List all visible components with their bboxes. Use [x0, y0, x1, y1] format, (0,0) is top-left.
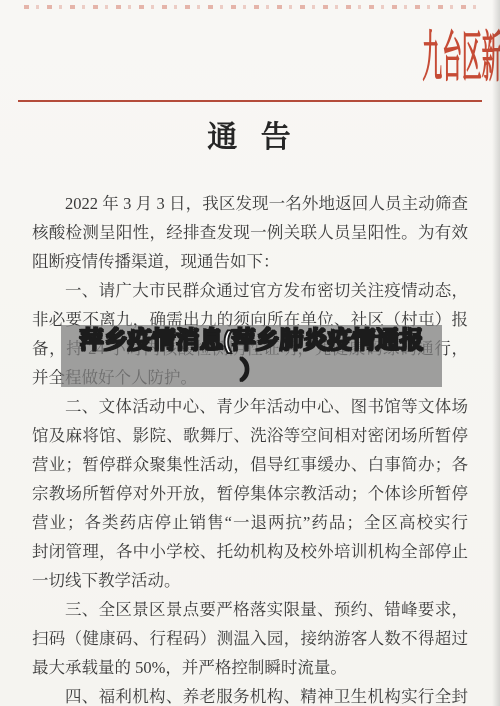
body-line: 三、全区景区景点要严格落实限量、预约、错峰要求，	[32, 595, 468, 624]
document-body: 2022 年 3 月 3 日，我区发现一名外地返回人员主动筛查核酸检测呈阳性，经…	[32, 189, 468, 706]
body-line: 扫码（健康码、行程码）测温入园，接纳游客人数不得超过	[32, 624, 468, 653]
scanned-notice-page: 九台区新型冠状病毒肺炎疫情防控工作领导小组办公室 通 告 2022 年 3 月 …	[0, 0, 500, 706]
body-line: 最大承载量的 50%，并严格控制瞬时流量。	[32, 653, 468, 682]
body-line: 2022 年 3 月 3 日，我区发现一名外地返回人员主动筛查	[32, 189, 468, 218]
watermark-text-line1: 萍乡疫情消息(萍乡肺炎疫情通报	[61, 326, 442, 356]
body-line: 宗教场所暂停对外开放，暂停集体宗教活动；个体诊所暂停	[32, 479, 468, 508]
body-line: 封闭管理，各中小学校、托幼机构及校外培训机构全部停止	[32, 537, 468, 566]
body-line: 馆及麻将馆、影院、歌舞厅、洗浴等空间相对密闭场所暂停	[32, 421, 468, 450]
body-line: 营业；各类药店停止销售“一退两抗”药品；全区高校实行	[32, 508, 468, 537]
watermark-text-line2: ）	[61, 356, 442, 386]
body-line: 二、文体活动中心、青少年活动中心、图书馆等文体场	[32, 392, 468, 421]
scan-edge-shadow	[492, 0, 500, 706]
body-line: 核酸检测呈阳性，经排查发现一例关联人员呈阳性。为有效	[32, 218, 468, 247]
body-line: 营业；暂停群众聚集性活动，倡导红事缓办、白事简办；各	[32, 450, 468, 479]
issuing-office-name: 九台区新型冠状病毒肺炎疫情防控工作领导小组办公室	[422, 26, 500, 90]
body-line: 一、请广大市民群众通过官方发布密切关注疫情动态，	[32, 276, 468, 305]
body-line: 阻断疫情传播渠道，现通告如下：	[32, 247, 468, 276]
document-title: 通 告	[0, 118, 500, 158]
body-line: 四、福利机构、养老服务机构、精神卫生机构实行全封	[32, 682, 468, 706]
cropped-red-text-marks	[24, 5, 476, 9]
watermark-overlay: 萍乡疫情消息(萍乡肺炎疫情通报 ）	[61, 325, 442, 387]
red-divider-line	[18, 100, 482, 102]
body-line: 一切线下教学活动。	[32, 566, 468, 595]
issuing-office-header: 九台区新型冠状病毒肺炎疫情防控工作领导小组办公室	[0, 26, 500, 90]
